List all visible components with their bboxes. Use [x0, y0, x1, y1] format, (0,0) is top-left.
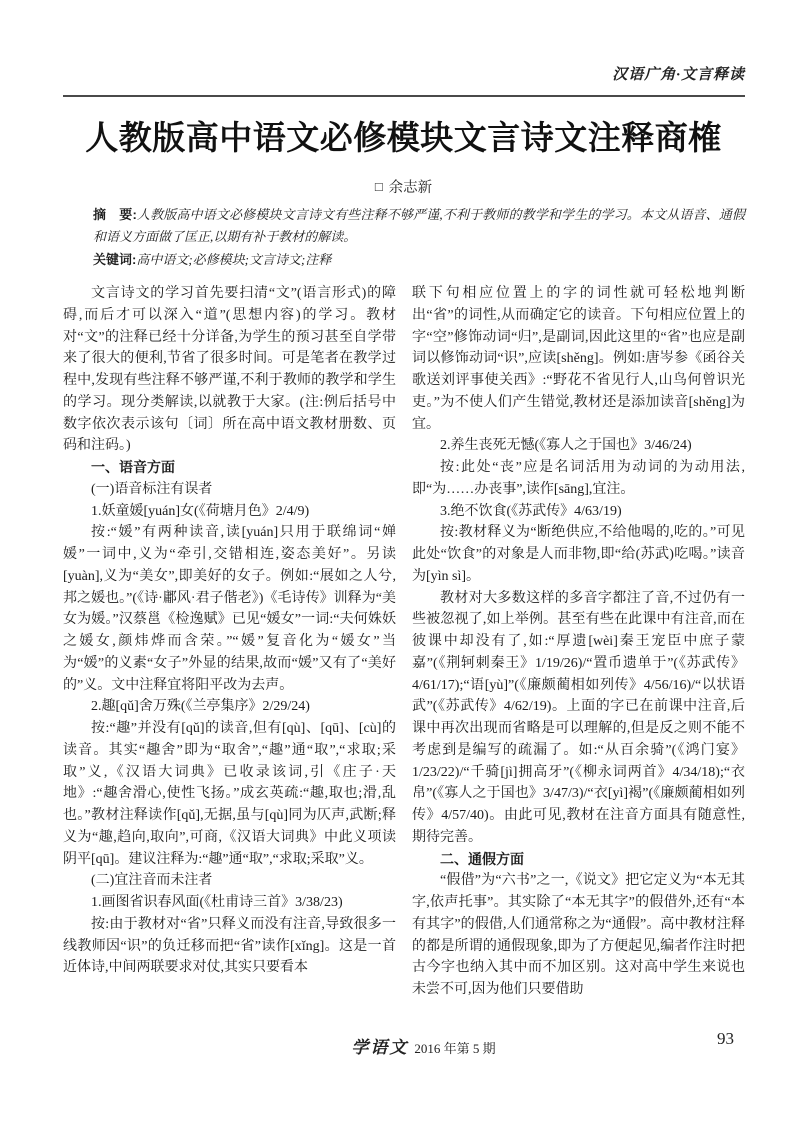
body-paragraph: 2.趣[qǔ]舍万殊(《兰亭集序》2/29/24) — [63, 696, 396, 718]
author-marker-square: □ — [375, 179, 383, 194]
body-paragraph: 1.画图省识春风面(《杜甫诗三首》3/38/23) — [63, 892, 396, 914]
page-number: 93 — [717, 1029, 734, 1049]
body-paragraph: 按:此处“丧”应是名词活用为动词的为动用法,即“为……办丧事”,读作[sāng]… — [412, 457, 745, 501]
author-name: 余志新 — [389, 180, 433, 196]
abstract-text: 人教版高中语文必修模块文言诗文有些注释不够严谨,不利于教师的教学和学生的学习。本… — [93, 207, 745, 244]
header-rule — [63, 95, 745, 97]
body-paragraph: 2.养生丧死无憾(《寡人之于国也》3/46/24) — [412, 435, 745, 457]
body-paragraph: 按:“媛”有两种读音,读[yuán]只用于联绵词“婵媛”一词中,义为“牵引,交错… — [63, 522, 396, 696]
keywords-label: 关键词: — [93, 252, 136, 267]
body-paragraph: 文言诗文的学习首先要扫清“文”(语言形式)的障碍,而后才可以深入“道”(思想内容… — [63, 283, 396, 457]
body-paragraph: 按:教材释义为“断绝供应,不给他喝的,吃的。”可见此处“饮食”的对象是人而非物,… — [412, 522, 745, 587]
article-body: 文言诗文的学习首先要扫清“文”(语言形式)的障碍,而后才可以深入“道”(思想内容… — [63, 283, 745, 1023]
issue-info: 2016 年第 5 期 — [414, 1041, 495, 1056]
abstract-label: 摘 要: — [93, 207, 137, 222]
body-paragraph: 教材对大多数这样的多音字都注了音,不过仍有一些被忽视了,如上举例。甚至有些在此课… — [412, 588, 745, 849]
abstract-paragraph: 摘 要:人教版高中语文必修模块文言诗文有些注释不够严谨,不利于教师的教学和学生的… — [93, 204, 745, 249]
body-paragraph: 联下句相应位置上的字的词性就可轻松地判断出“省”的词性,从而确定它的读音。下句相… — [412, 283, 745, 435]
journal-section-label: 汉语广角·文言释读 — [63, 63, 745, 84]
journal-logo: 学语文 — [351, 1038, 408, 1057]
keywords-paragraph: 关键词:高中语文;必修模块;文言诗文;注释 — [93, 249, 745, 271]
body-paragraph: 按:“趣”并没有[qǔ]的读音,但有[qù]、[qū]、[cù]的读音。其实“趣… — [63, 718, 396, 870]
body-paragraph: 1.妖童媛[yuán]女(《荷塘月色》2/4/9) — [63, 501, 396, 523]
body-paragraph: 一、语音方面 — [63, 457, 396, 479]
footer-journal-line: 学语文2016 年第 5 期 — [351, 1033, 495, 1058]
body-column-right: 联下句相应位置上的字的词性就可轻松地判断出“省”的词性,从而确定它的读音。下句相… — [412, 283, 745, 1023]
body-paragraph: 按:由于教材对“省”只释义而没有注音,导致很多一线教师因“识”的负迁移而把“省”… — [63, 914, 396, 979]
keywords-text: 高中语文;必修模块;文言诗文;注释 — [136, 252, 331, 267]
author-line: □余志新 — [0, 176, 807, 197]
body-paragraph: 3.绝不饮食(《苏武传》4/63/19) — [412, 501, 745, 523]
article-title: 人教版高中语文必修模块文言诗文注释商榷 — [40, 112, 767, 159]
body-column-left: 文言诗文的学习首先要扫清“文”(语言形式)的障碍,而后才可以深入“道”(思想内容… — [63, 283, 396, 1023]
body-paragraph: (一)语音标注有误者 — [63, 479, 396, 501]
body-paragraph: (二)宜注音而未注者 — [63, 870, 396, 892]
body-paragraph: 二、通假方面 — [412, 849, 745, 871]
journal-page: 汉语广角·文言释读 人教版高中语文必修模块文言诗文注释商榷 □余志新 摘 要:人… — [0, 0, 807, 1122]
body-paragraph: “假借”为“六书”之一,《说文》把它定义为“本无其字,依声托事”。其实除了“本无… — [412, 870, 745, 1001]
abstract-block: 摘 要:人教版高中语文必修模块文言诗文有些注释不够严谨,不利于教师的教学和学生的… — [93, 204, 745, 271]
